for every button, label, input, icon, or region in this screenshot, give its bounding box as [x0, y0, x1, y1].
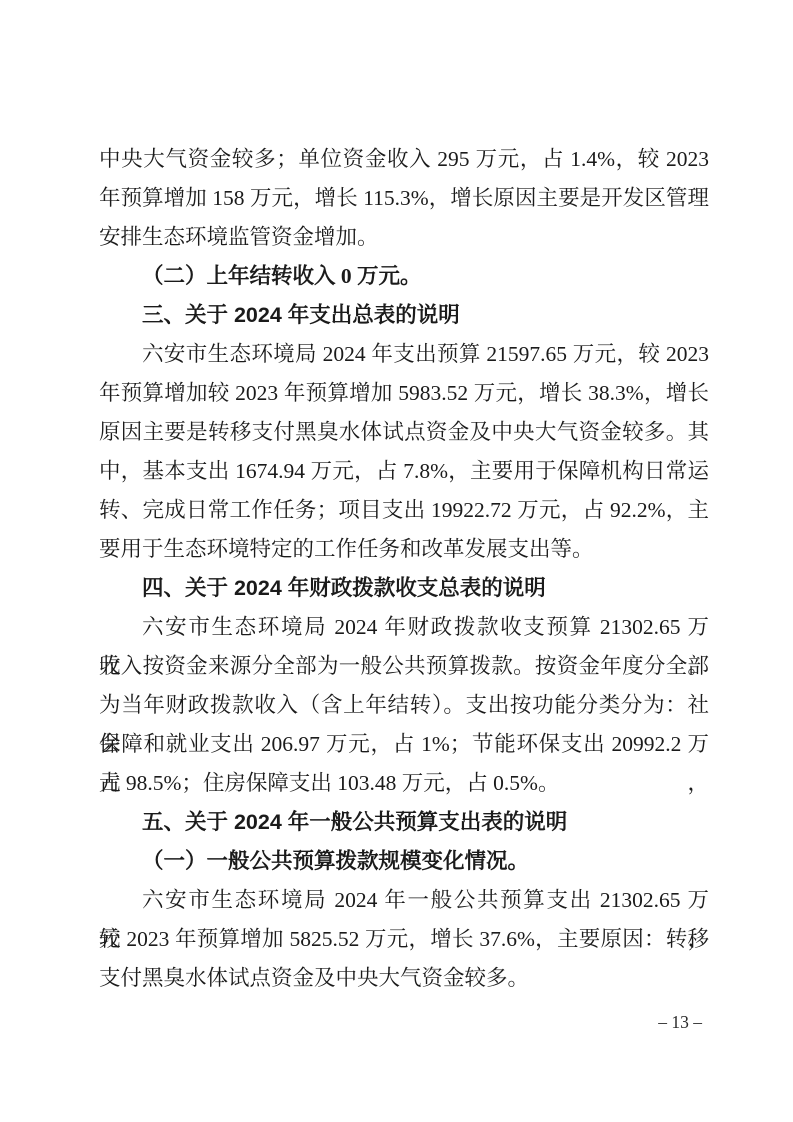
body-line: 保障和就业支出 206.97 万元，占 1%；节能环保支出 20992.2 万元… [99, 725, 709, 764]
body-line: 六安市生态环境局 2024 年一般公共预算支出 21302.65 万元， [99, 881, 709, 920]
body-line: 年预算增加 158 万元，增长 115.3%，增长原因主要是开发区管理 [99, 179, 709, 218]
document-page: 中央大气资金较多；单位资金收入 295 万元，占 1.4%，较 2023 年预算… [0, 0, 793, 1122]
body-line: 支付黑臭水体试点资金及中央大气资金较多。 [99, 959, 709, 998]
subsection-heading: （二）上年结转收入 0 万元。 [99, 257, 709, 296]
document-body: 中央大气资金较多；单位资金收入 295 万元，占 1.4%，较 2023 年预算… [99, 140, 709, 998]
body-line: 要用于生态环境特定的工作任务和改革发展支出等。 [99, 530, 709, 569]
subsection-heading: （一）一般公共预算拨款规模变化情况。 [99, 842, 709, 881]
body-line: 中，基本支出 1674.94 万元，占 7.8%，主要用于保障机构日常运 [99, 452, 709, 491]
section-heading: 三、关于 2024 年支出总表的说明 [99, 296, 709, 335]
body-line: 安排生态环境监管资金增加。 [99, 218, 709, 257]
body-line: 为当年财政拨款收入（含上年结转）。支出按功能分类分为：社会 [99, 686, 709, 725]
body-line: 转、完成日常工作任务；项目支出 19922.72 万元，占 92.2%，主 [99, 491, 709, 530]
body-line: 原因主要是转移支付黑臭水体试点资金及中央大气资金较多。其 [99, 413, 709, 452]
body-line: 六安市生态环境局 2024 年支出预算 21597.65 万元，较 2023 [99, 335, 709, 374]
body-line: 收入按资金来源分全部为一般公共预算拨款。按资金年度分全部 [99, 647, 709, 686]
body-line: 较 2023 年预算增加 5825.52 万元，增长 37.6%，主要原因：转移 [99, 920, 709, 959]
body-line: 中央大气资金较多；单位资金收入 295 万元，占 1.4%，较 2023 [99, 140, 709, 179]
section-heading: 四、关于 2024 年财政拨款收支总表的说明 [99, 569, 709, 608]
body-line: 年预算增加较 2023 年预算增加 5983.52 万元，增长 38.3%，增长 [99, 374, 709, 413]
body-line: 六安市生态环境局 2024 年财政拨款收支预算 21302.65 万元。 [99, 608, 709, 647]
page-number: – 13 – [658, 1007, 702, 1037]
section-heading: 五、关于 2024 年一般公共预算支出表的说明 [99, 803, 709, 842]
